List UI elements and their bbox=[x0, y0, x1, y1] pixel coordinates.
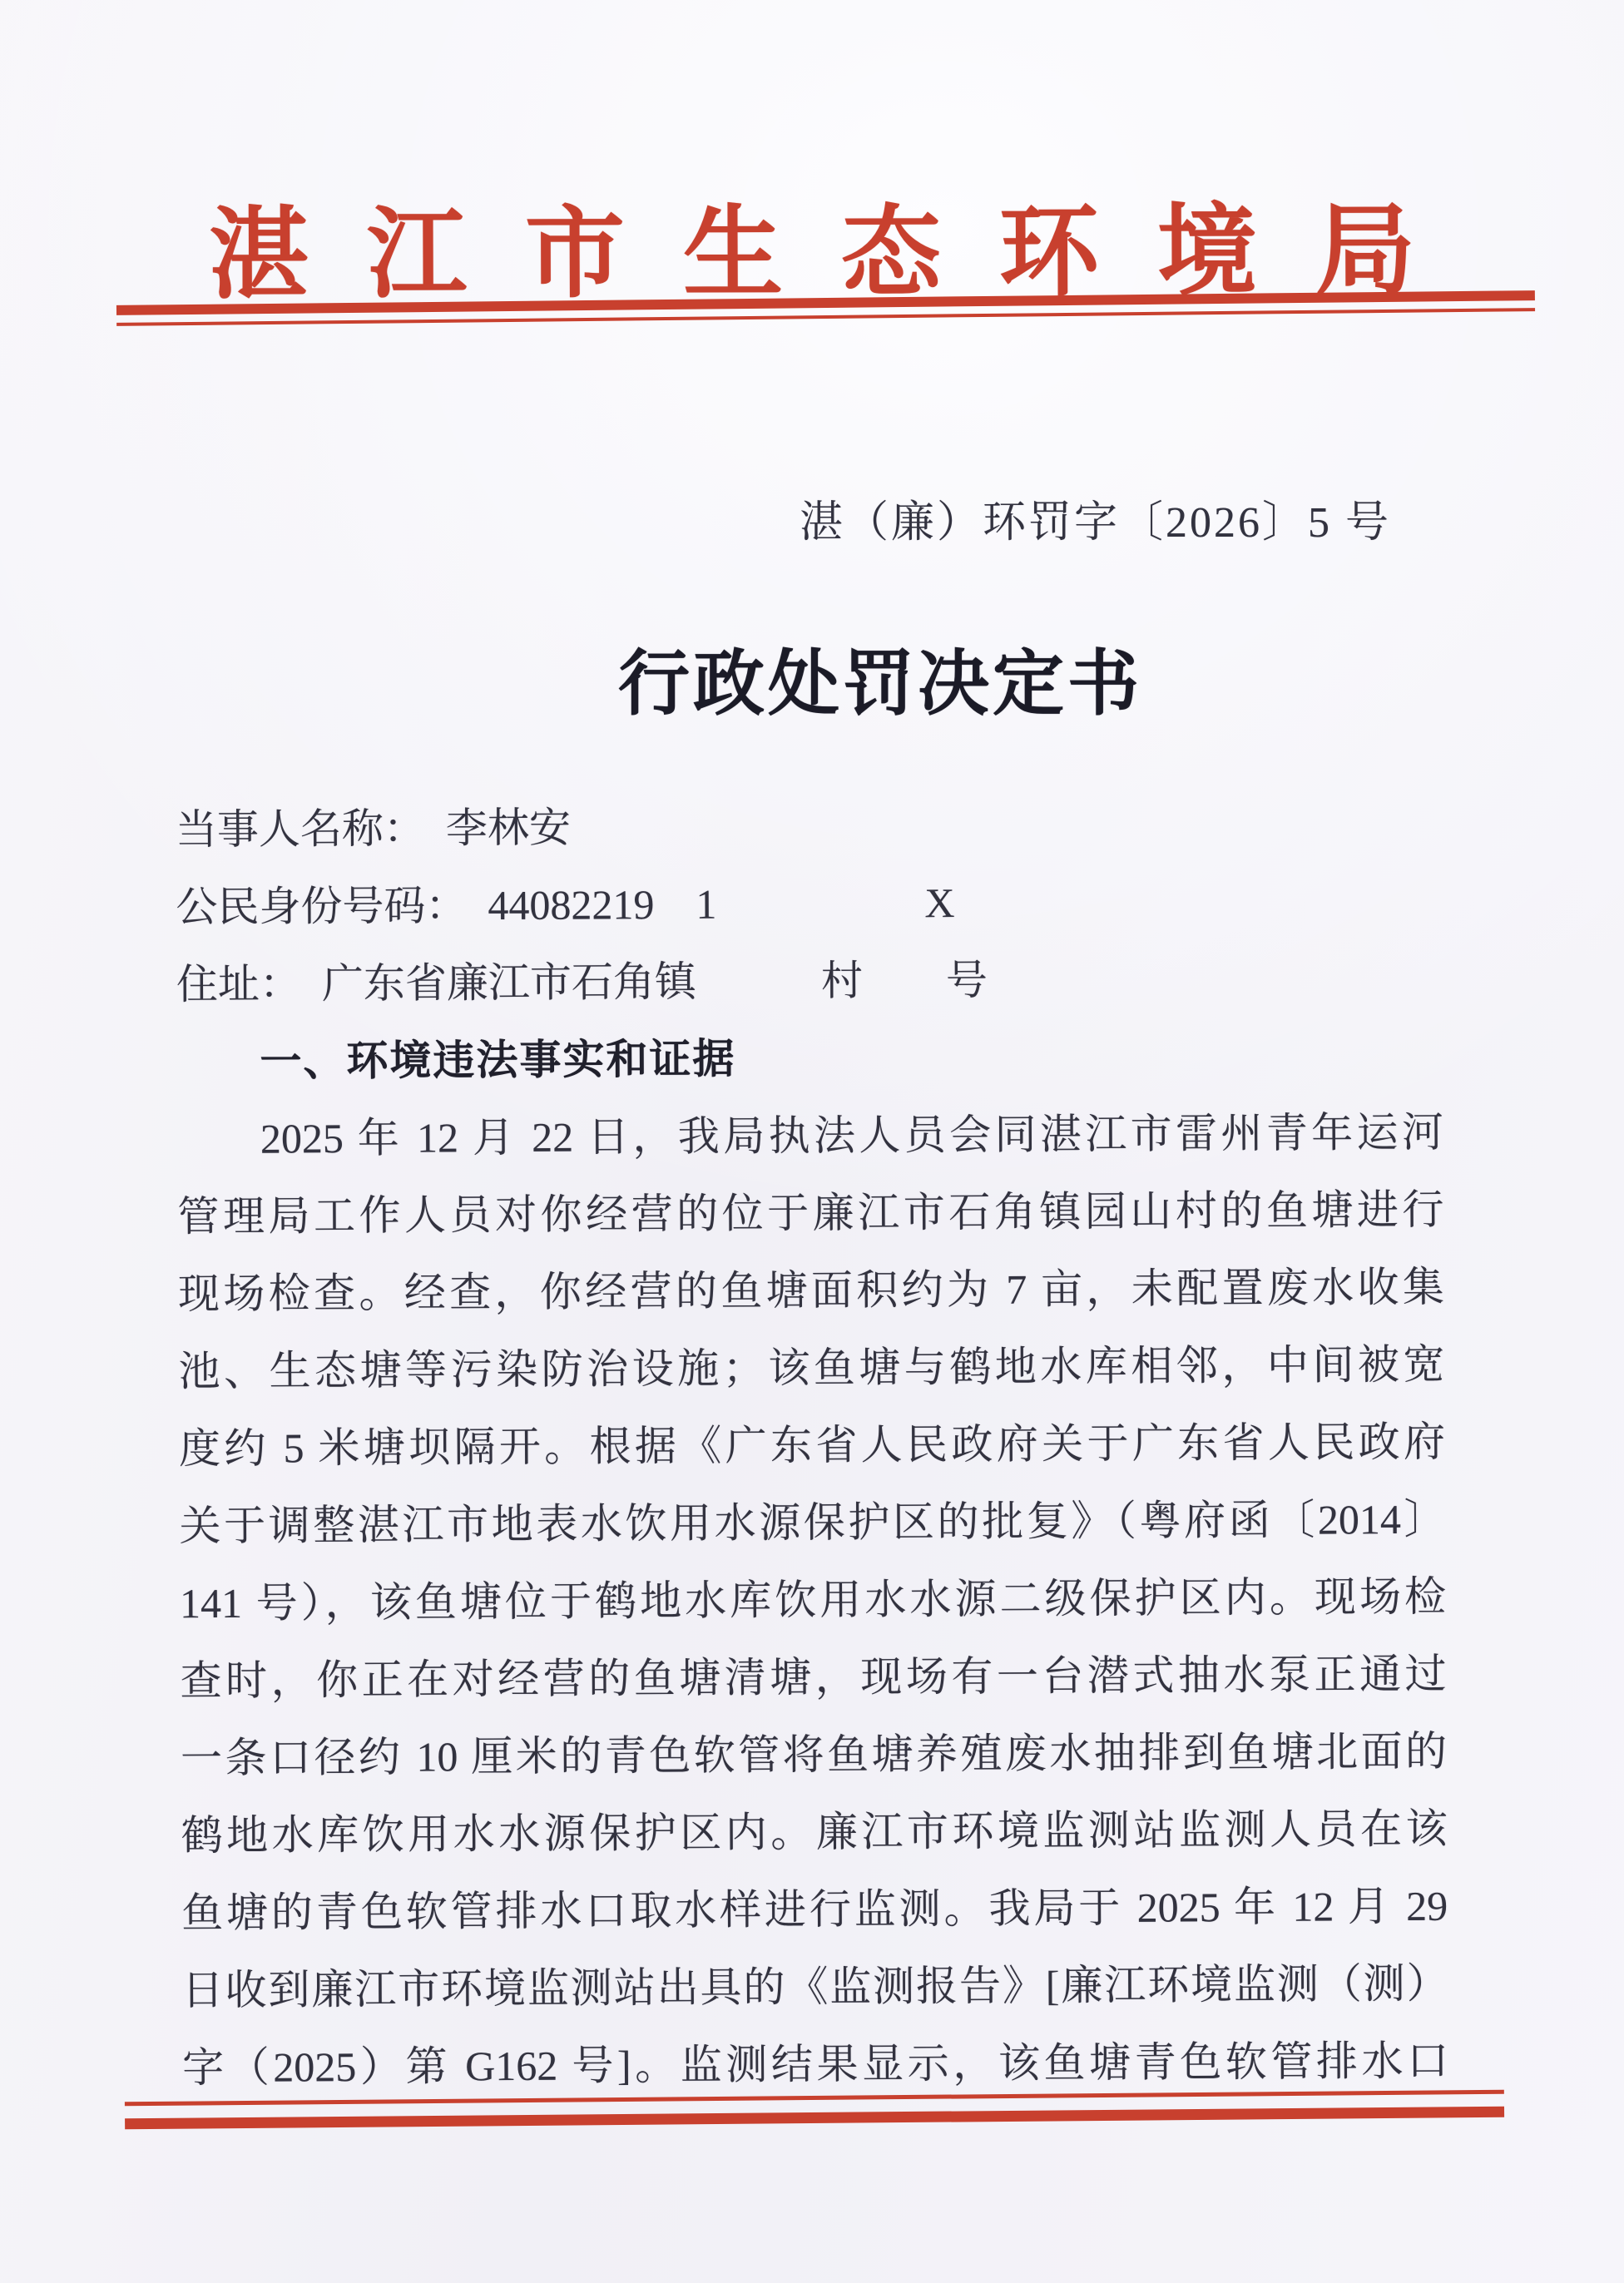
section-heading: 一、环境违法事实和证据 bbox=[176, 1017, 1443, 1101]
body-line: 池、生态塘等污染防治设施；该鱼塘与鹤地水库相邻，中间被宽 bbox=[178, 1326, 1444, 1410]
doc-number: 湛（廉）环罚字〔2026〕5 号 bbox=[800, 487, 1391, 549]
document-body: 当事人名称： 李林安 公民身份号码： 44082219 1 X 住址： 广东省廉… bbox=[176, 785, 1449, 2107]
body-line: 关于调整湛江市地表水饮用水源保护区的批复》（粤府函〔2014〕 bbox=[179, 1481, 1445, 1565]
body-line: 141 号），该鱼塘位于鹤地水库饮用水水源二级保护区内。现场检 bbox=[180, 1558, 1446, 1642]
body-line: 管理局工作人员对你经营的位于廉江市石角镇园山村的鱼塘进行 bbox=[177, 1171, 1443, 1255]
party-id-line: 公民身份号码： 44082219 1 X bbox=[176, 862, 1442, 946]
body-line: 2025 年 12 月 22 日，我局执法人员会同湛江市雷州青年运河 bbox=[177, 1094, 1443, 1178]
body-line: 一条口径约 10 厘米的青色软管将鱼塘养殖废水抽排到鱼塘北面的 bbox=[181, 1713, 1447, 1797]
body-line: 查时，你正在对经营的鱼塘清塘，现场有一台潜式抽水泵正通过 bbox=[180, 1636, 1446, 1720]
body-line: 现场检查。经查，你经营的鱼塘面积约为 7 亩，未配置废水收集 bbox=[178, 1249, 1444, 1333]
doc-title: 行政处罚决定书 bbox=[68, 626, 1624, 729]
document-page: 湛江市生态环境局 湛（廉）环罚字〔2026〕5 号 行政处罚决定书 当事人名称：… bbox=[0, 0, 1624, 2283]
body-line: 鹤地水库饮用水水源保护区内。廉江市环境监测站监测人员在该 bbox=[181, 1790, 1447, 1874]
body-line: 鱼塘的青色软管排水口取水样进行监测。我局于 2025 年 12 月 29 bbox=[181, 1868, 1448, 1952]
party-address-line: 住址： 广东省廉江市石角镇 村 号 bbox=[176, 939, 1443, 1023]
party-name-line: 当事人名称： 李林安 bbox=[176, 785, 1442, 869]
body-line: 度约 5 米塘坝隔开。根据《广东省人民政府关于广东省人民政府 bbox=[179, 1404, 1445, 1488]
body-line: 日收到廉江市环境监测站出具的《监测报告》[廉江环境监测（测） bbox=[181, 1945, 1448, 2029]
